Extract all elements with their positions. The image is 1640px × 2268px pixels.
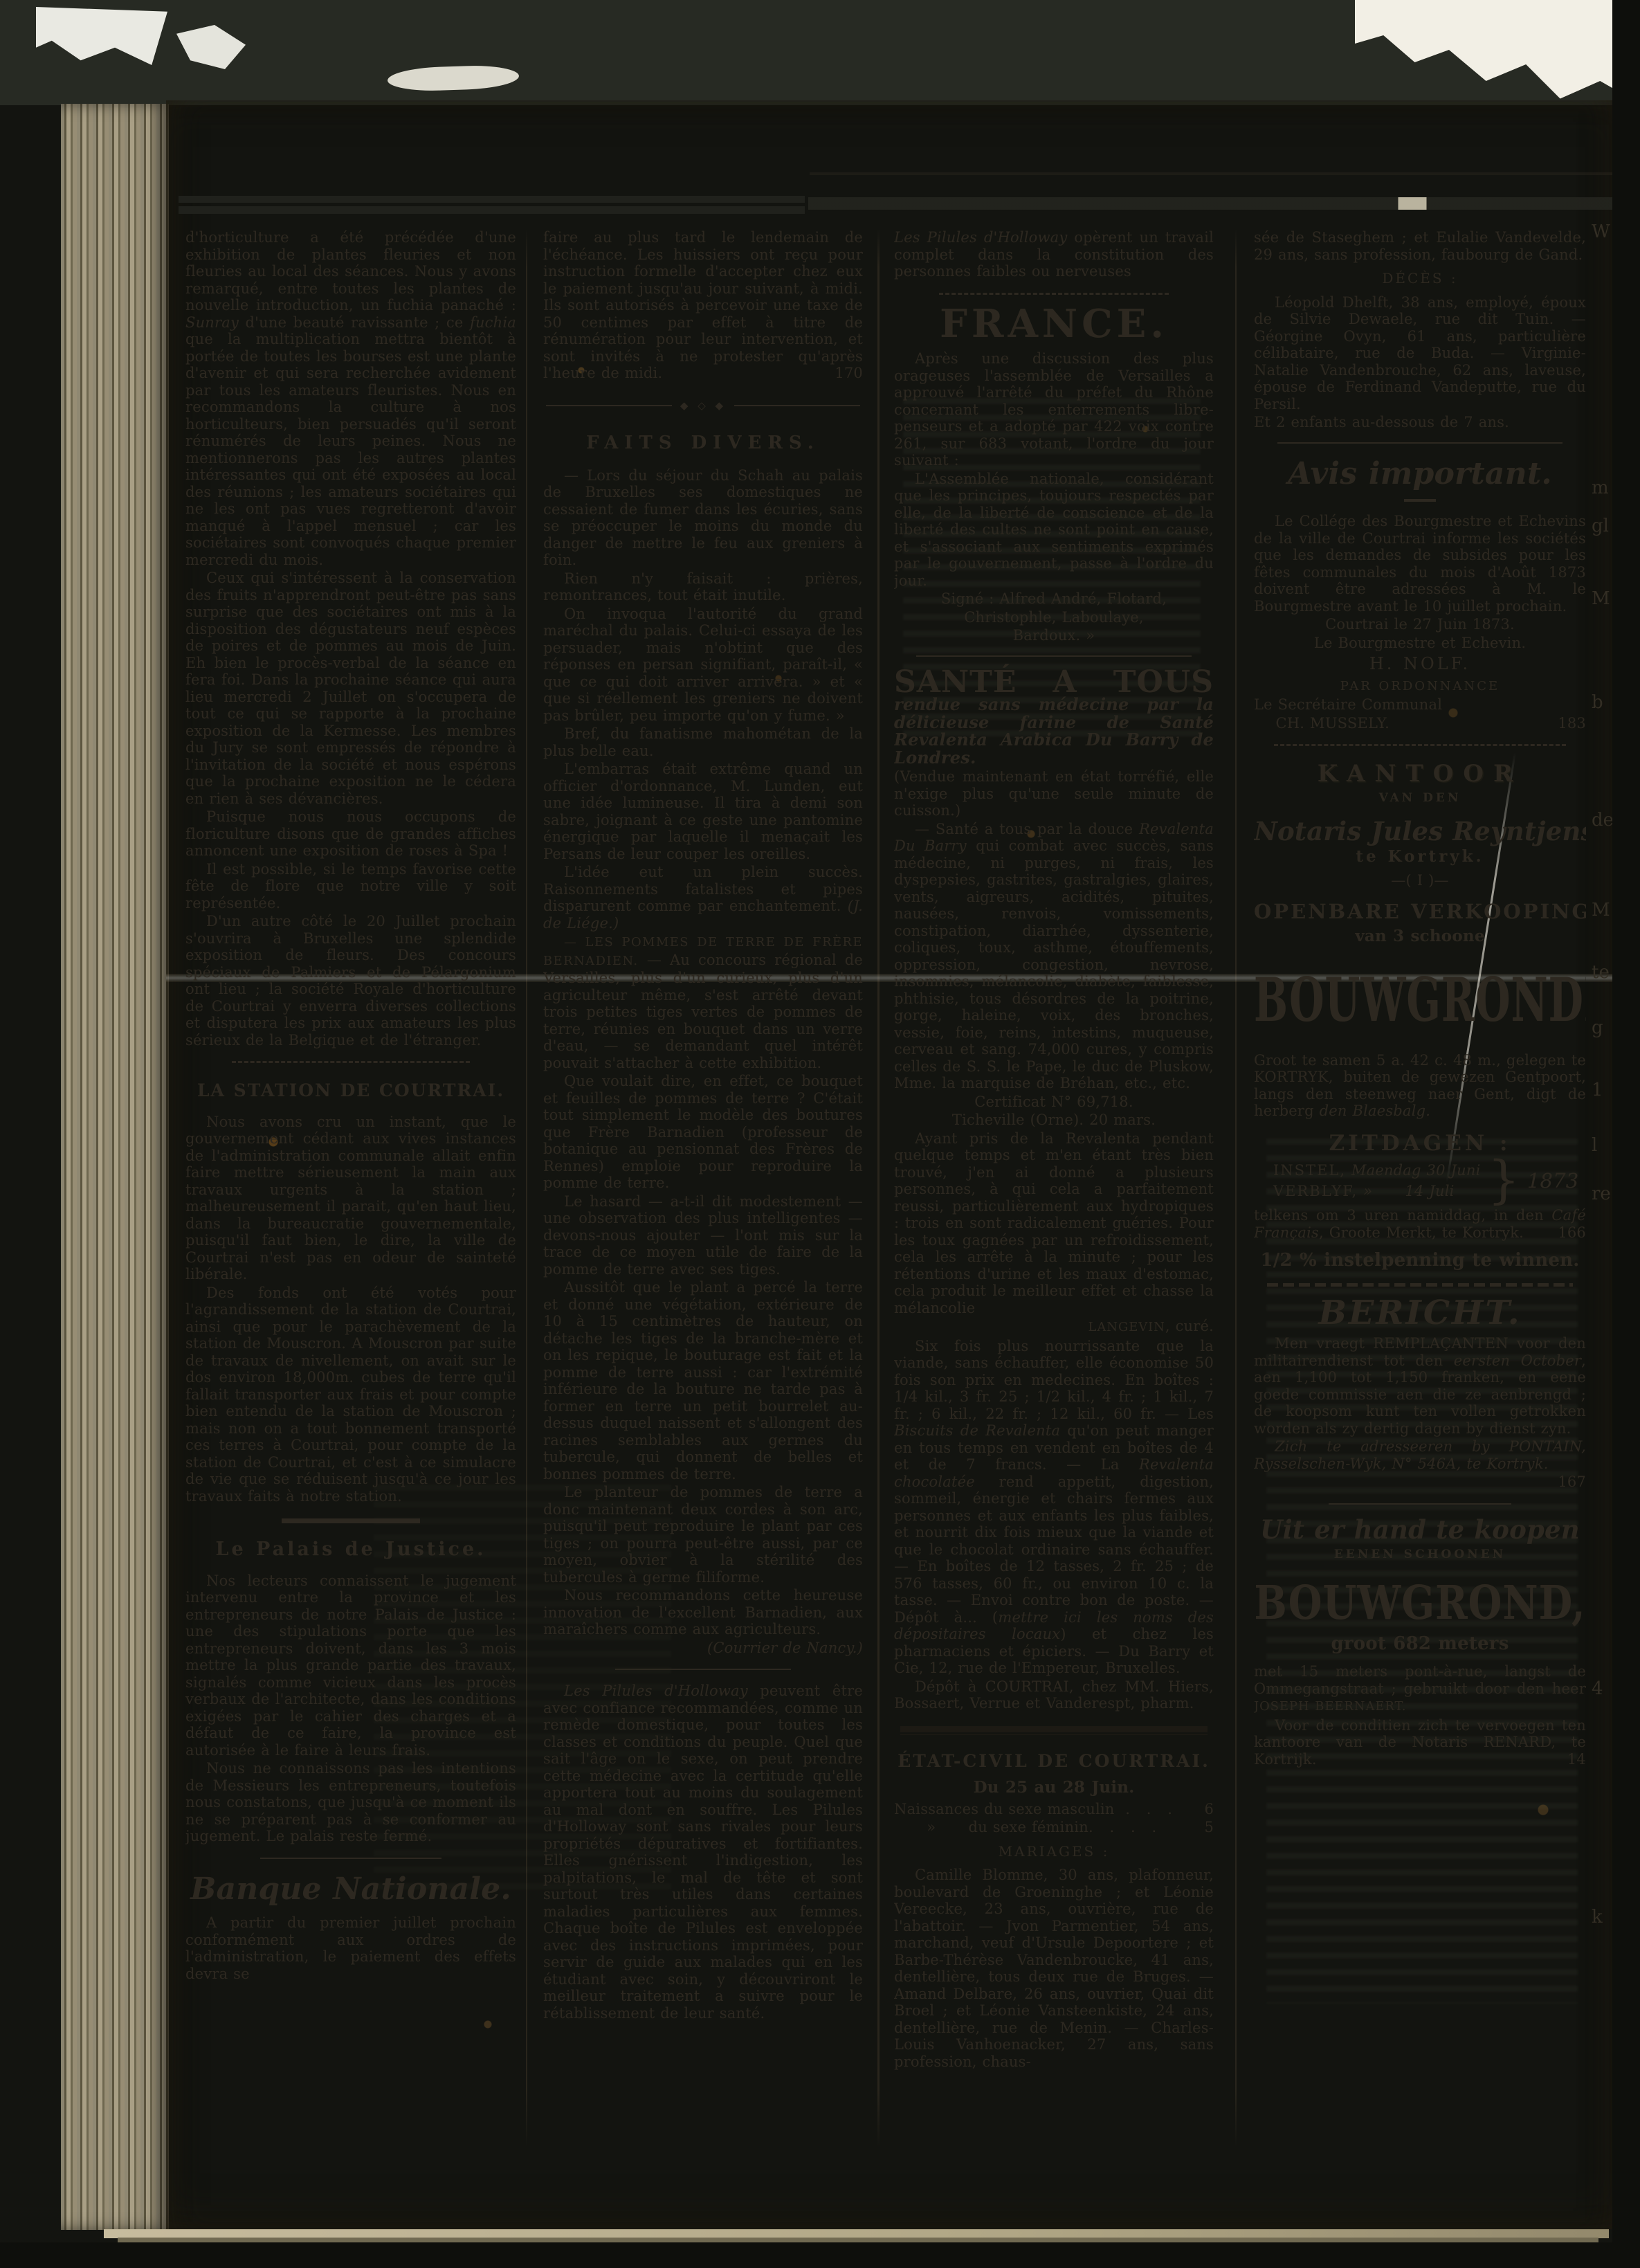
adjacent-page-fragments: WmglMbdeMteg1lre4k <box>1590 100 1612 2229</box>
certificate-number: Certificat N° 69,718. <box>894 1094 1214 1111</box>
stat-line-births-female: » du sexe féminin. . . .5 <box>894 1819 1214 1836</box>
column-4: sée de Staseghem ; et Eulalie Vandevelde… <box>1254 229 1586 1769</box>
masthead-rule-right <box>808 197 1640 210</box>
cutoff-letter-fragment: de <box>1592 810 1612 831</box>
cutoff-letter-fragment: W <box>1592 221 1610 242</box>
paragraph: Nous ne connaissons pas les intentions d… <box>185 1760 516 1845</box>
advert-heading-sante: SANTÉ A TOUS rendue sans médecine par la… <box>894 668 1214 768</box>
paragraph: Le Collége des Bourgmestre et Echevins d… <box>1254 513 1586 615</box>
advert-display-bouwgronden: BOUWGRONDEN, <box>1254 963 1586 1036</box>
section-heading-station: LA STATION DE COURTRAI. <box>185 1082 516 1100</box>
paragraph: Men vraegt REMPLAÇANTEN voor den militai… <box>1254 1335 1586 1437</box>
paragraph: Nous recommandons cette heureuse innovat… <box>543 1587 863 1638</box>
masthead-ghost-line <box>810 172 1640 175</box>
signature-title: Le Bourgmestre et Echevin. <box>1254 635 1586 652</box>
signature-name: H. NOLF. <box>1254 655 1586 673</box>
dashed-divider <box>232 1061 470 1063</box>
advert-subheading: van 3 schoone <box>1254 928 1586 945</box>
cutoff-letter-fragment: b <box>1592 692 1603 713</box>
cutoff-letter-fragment: te <box>1592 962 1610 983</box>
auction-dates: INSTEL, Maendag 30 JuniVERBLYF, » 14 Jul… <box>1254 1160 1586 1201</box>
ornament: —( I )— <box>1254 872 1586 889</box>
column-3: Les Pilules d'Holloway opèrent un travai… <box>894 229 1214 2071</box>
advert-size: groot 682 meters <box>1254 1635 1586 1653</box>
column-divider-1 <box>526 229 527 2148</box>
paragraph: Puisque nous nous occupons de floricultu… <box>185 808 516 860</box>
article-heading-avis: Avis important. <box>1254 466 1586 483</box>
signature-line: Christophle, Laboulaye, <box>894 609 1214 626</box>
advert-subheading: EENEN SCHOONEN <box>1254 1546 1586 1563</box>
column-2: faire au plus tard le lendemain de l'éch… <box>543 229 863 2023</box>
cutoff-letter-fragment: gl <box>1592 516 1609 536</box>
paragraph: Voor de conditien zich te vervoegen ten … <box>1254 1717 1586 1768</box>
column-1: d'horticulture a été précédée d'une exhi… <box>185 229 516 1984</box>
advert-subheading: VAN DEN <box>1254 790 1586 807</box>
paragraph: Les Pilules d'Holloway peuvent être avec… <box>543 1682 863 2022</box>
paragraph: Ceux qui s'intéressent à la conservation… <box>185 570 516 807</box>
signature-line: LANGEVIN, curé. <box>894 1318 1214 1336</box>
advert-heading-kantoor: KANTOOR <box>1254 765 1586 783</box>
date-range: Du 25 au 28 Juin. <box>894 1779 1214 1797</box>
paragraph: Que voulait dire, en effet, ce bouquet e… <box>543 1073 863 1192</box>
article-heading-banque: Banque Nationale. <box>185 1881 516 1898</box>
section-heading-france: FRANCE. <box>894 316 1214 333</box>
paragraph: D'un autre côté le 20 Juillet prochain s… <box>185 913 516 1049</box>
paragraph: met 15 meters pont-à-rue, langst de Omme… <box>1254 1663 1586 1716</box>
paragraph: Dépôt à COURTRAI, chez MM. Hiers, Bossae… <box>894 1678 1214 1712</box>
paragraph: Et 2 enfants au-dessous de 7 ans. <box>1254 414 1586 431</box>
source-attribution: (Courrier de Nancy.) <box>543 1640 863 1657</box>
dashed-divider <box>1274 744 1566 746</box>
cutoff-letter-fragment: M <box>1592 588 1610 609</box>
paragraph: (Vendue maintenant en état torréfié, ell… <box>894 768 1214 819</box>
section-heading-faits-divers: FAITS DIVERS. <box>543 435 863 452</box>
paragraph: Bref, du fanatisme mahométan de la plus … <box>543 725 863 759</box>
subsection-mariages: MARIAGES : <box>894 1843 1214 1860</box>
paragraph: A partir du premier juillet prochain con… <box>185 1914 516 1982</box>
paragraph: Camille Blomme, 30 ans, plafonneur, boul… <box>894 1867 1214 2070</box>
cutoff-letter-fragment: 4 <box>1592 1678 1603 1699</box>
paragraph: sée de Staseghem ; et Eulalie Vandevelde… <box>1254 229 1586 263</box>
column-divider-3 <box>1235 229 1237 2148</box>
section-heading-palais: Le Palais de Justice. <box>185 1541 516 1559</box>
cutoff-letter-fragment: g <box>1592 1017 1603 1038</box>
signature-name: CH. MUSSELY.183 <box>1254 715 1586 732</box>
paragraph: telkens om 3 uren namiddag, in den Café … <box>1254 1207 1586 1241</box>
cutoff-letter-fragment: 1 <box>1592 1080 1603 1100</box>
dateline: Courtrai le 27 Juin 1873. <box>1254 616 1586 633</box>
masthead-rule-left <box>179 196 805 214</box>
paragraph: L'embarras était extrême quand un offici… <box>543 761 863 862</box>
cutoff-letter-fragment: k <box>1592 1907 1603 1927</box>
dateline: Ticheville (Orne). 20 mars. <box>894 1112 1214 1129</box>
advert-display-bouwgrond: BOUWGROND, <box>1254 1577 1586 1628</box>
paragraph: Nos lecteurs connaissent le jugement int… <box>185 1572 516 1759</box>
signature-title: Le Secrétaire Communal <box>1254 696 1586 714</box>
paragraph: Ayant pris de la Revalenta pendant quelq… <box>894 1130 1214 1317</box>
subsection-deces: DÉCÈS : <box>1254 270 1586 287</box>
paragraph: — Lors du séjour du Schah au palais de B… <box>543 467 863 569</box>
advert-note: 1/2 % instelpenning te winnen. <box>1254 1252 1586 1269</box>
paragraph: L'idée eut un plein succès. Raisonnement… <box>543 864 863 932</box>
section-heading-etat-civil: ÉTAT-CIVIL DE COURTRAI. <box>894 1753 1214 1770</box>
paragraph: d'horticulture a été précédée d'une exhi… <box>185 229 516 568</box>
heavy-divider <box>282 1518 421 1523</box>
paragraph: On invoqua l'autorité du grand maréchal … <box>543 606 863 725</box>
book-page-edges <box>61 104 169 2230</box>
divider <box>260 1858 442 1859</box>
cutoff-letter-fragment: m <box>1592 478 1609 498</box>
cutoff-letter-fragment: l <box>1592 1135 1597 1156</box>
small-dash <box>1404 499 1436 502</box>
paragraph: Il est possible, si le temps favorise ce… <box>185 861 516 912</box>
paragraph: Rien n'y faisait : prières, remontrances… <box>543 570 863 604</box>
paragraph: Léopold Dhelft, 38 ans, employé, époux d… <box>1254 294 1586 413</box>
paragraph: Le hasard — a-t-il dit modestement — une… <box>543 1193 863 1278</box>
advert-place: te Kortryk. <box>1254 849 1586 866</box>
advert-heading-verkooping: OPENBARE VERKOOPING <box>1254 903 1586 920</box>
cutoff-letter-fragment: M <box>1592 900 1610 920</box>
paragraph: Après une discussion des plus orageuses … <box>894 350 1214 469</box>
cutoff-letter-fragment: re <box>1592 1183 1611 1204</box>
advert-heading-bericht: BERICHT. <box>1254 1305 1586 1322</box>
ornament-divider: ◆ ◇ ◆ <box>546 397 860 415</box>
divider <box>1329 1503 1511 1505</box>
heavy-divider <box>900 1726 1208 1735</box>
paragraph: Six fois plus nourrissante que la viande… <box>894 1338 1214 1677</box>
paragraph: Groot te samen 5 a. 42 c. 48 m., gelegen… <box>1254 1052 1586 1120</box>
divider <box>916 655 1191 657</box>
divider <box>615 1669 791 1670</box>
signature-line: Bardoux. » <box>894 627 1214 644</box>
advert-heading-zitdagen: ZITDAGEN : <box>1254 1135 1586 1152</box>
paragraph: — LES POMMES DE TERRE DE FRÈRE BERNADIEN… <box>543 933 863 1071</box>
dashed-divider <box>939 293 1169 295</box>
scan-background-right <box>1612 0 1640 2268</box>
paragraph: faire au plus tard le lendemain de l'éch… <box>543 229 863 382</box>
paragraph: Des fonds ont été votés pour l'agrandiss… <box>185 1285 516 1505</box>
stat-line-births-male: Naissances du sexe masculin . . .6 <box>894 1801 1214 1818</box>
advert-heading-uit-er-hand: Uit er hand te koopen <box>1254 1521 1586 1539</box>
advert-number: 167 <box>1254 1473 1586 1491</box>
paragraph: Nous avons cru un instant, que le gouver… <box>185 1114 516 1283</box>
divider <box>1277 442 1563 444</box>
paragraph: Aussitôt que le plant a percé la terre e… <box>543 1279 863 1482</box>
paragraph: — Santé a tous par la douce Revalenta Du… <box>894 821 1214 1092</box>
advert-heading-notaris: Notaris Jules Reyntjens, <box>1254 823 1586 840</box>
paragraph: Les Pilules d'Holloway opèrent un travai… <box>894 229 1214 280</box>
scanned-newspaper-page: d'horticulture a été précédée d'une exhi… <box>0 0 1640 2268</box>
squiggle-divider <box>1267 1283 1573 1287</box>
column-divider-2 <box>877 229 880 2148</box>
paragraph: Zich te adresseeren by PONTAIN, Rysselsc… <box>1254 1438 1586 1472</box>
newspaper-page: d'horticulture a été précédée d'une exhi… <box>166 100 1612 2229</box>
paragraph: L'Assemblée nationale, considérant que l… <box>894 471 1214 590</box>
ordonnance-label: PAR ORDONNANCE <box>1254 678 1586 696</box>
signature-line: Signé : Alfred André, Flotard, <box>894 590 1214 608</box>
paragraph: Le planteur de pommes de terre a donc ma… <box>543 1484 863 1586</box>
scan-background-bottom <box>0 2242 1640 2268</box>
